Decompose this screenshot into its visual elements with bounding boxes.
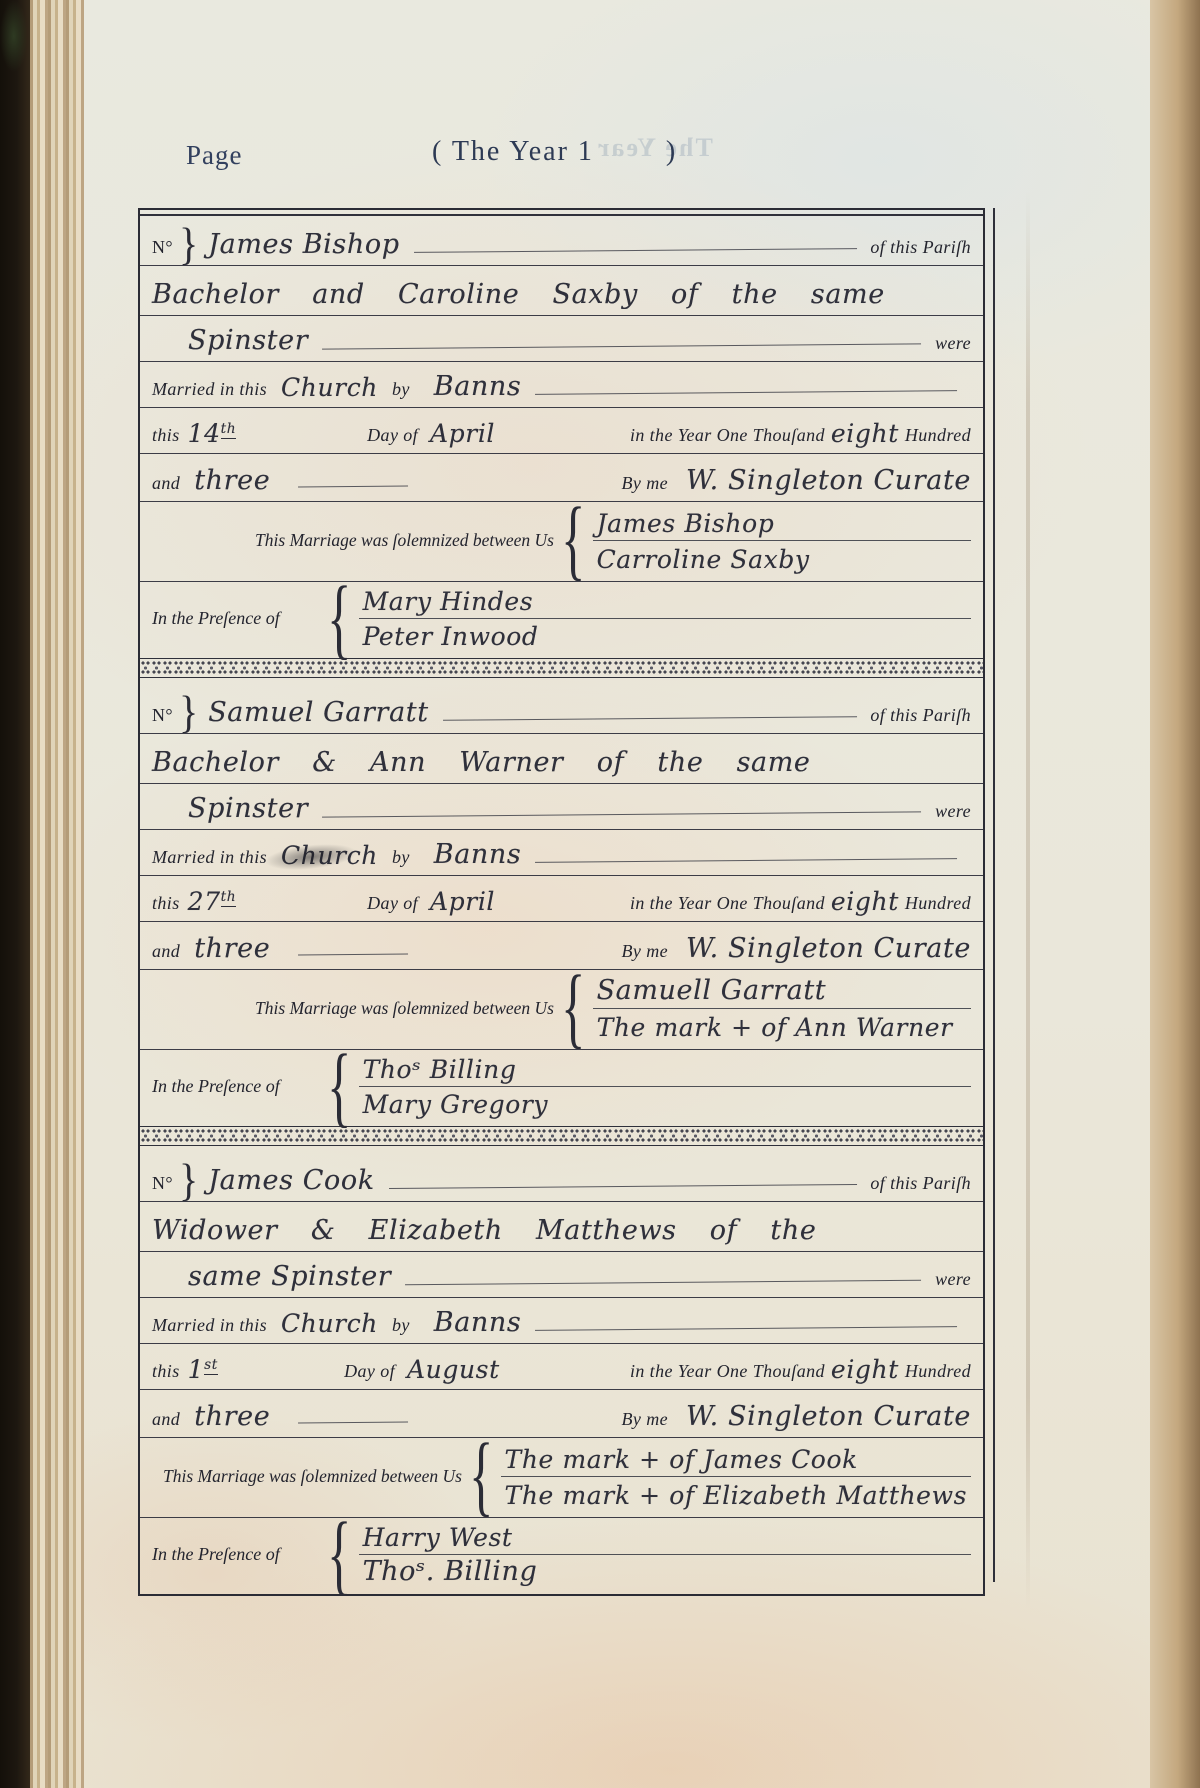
- this-label: this: [152, 425, 180, 446]
- witness-1-signature: Mary Hindes: [359, 584, 971, 619]
- entry3-row-solemnized: This Marriage was ſolemnized between Us …: [140, 1438, 983, 1518]
- church-word: Church: [281, 1309, 378, 1338]
- entry3-row-bride: Widower & Elizabeth Matthews of the: [140, 1202, 983, 1252]
- ink-flourish: [322, 803, 921, 817]
- entry1-row-bride: Bachelor and Caroline Saxby of the same: [140, 266, 983, 316]
- bride-signature: Carroline Saxby: [593, 541, 971, 577]
- day-of-label: Day of: [367, 893, 418, 914]
- witness-1-signature: Thoˢ Billing: [359, 1052, 971, 1087]
- ornamental-divider: [140, 1126, 983, 1146]
- of-this-parish-label: of this Pariſh: [870, 1173, 971, 1194]
- ink-flourish: [322, 335, 921, 349]
- corner-shadow: [1010, 1528, 1200, 1788]
- condition-and-bride: Widower & Elizabeth Matthews of the: [152, 1215, 816, 1246]
- presence-label: In the Preſence of: [152, 608, 320, 629]
- ink-flourish: [298, 1414, 408, 1424]
- groom-signature: Samuell Garratt: [593, 972, 971, 1009]
- entry1-row-date: this 14th Day of April in the Year One T…: [140, 408, 983, 454]
- were-label: were: [935, 801, 971, 822]
- witness-2-signature: Mary Gregory: [359, 1087, 971, 1121]
- ink-flourish: [535, 1318, 957, 1331]
- married-in-this-label: Married in this: [152, 379, 267, 400]
- signature-column: James Bishop Carroline Saxby: [593, 504, 971, 576]
- presence-label: In the Preſence of: [152, 1544, 320, 1565]
- ink-flourish: [298, 478, 408, 488]
- marriage-register-table: N° } James Bishop of this Pariſh Bachelo…: [138, 208, 985, 1596]
- marriage-entry-2: N° } Samuel Garratt of this Pariſh Bache…: [140, 678, 983, 1126]
- month-name: April: [430, 419, 495, 448]
- entry1-row-solemnized: This Marriage was ſolemnized between Us …: [140, 502, 983, 582]
- bride-signature: The mark + of Elizabeth Matthews: [501, 1477, 971, 1513]
- entry3-row-date: this 1st Day of August in the Year One T…: [140, 1344, 983, 1390]
- married-in-this-label: Married in this: [152, 847, 267, 868]
- entry2-row-solemnized: This Marriage was ſolemnized between Us …: [140, 970, 983, 1050]
- year-tens-word: eight: [831, 887, 899, 916]
- entry3-row-year-officiant: and three By me W. Singleton Curate: [140, 1390, 983, 1438]
- and-label: and: [152, 473, 180, 494]
- marriage-entry-1: N° } James Bishop of this Pariſh Bachelo…: [140, 210, 983, 658]
- groom-name: Samuel Garratt: [208, 697, 428, 728]
- hundred-label: Hundred: [905, 425, 971, 446]
- day-number: 14th: [188, 419, 237, 448]
- condition-and-bride: Bachelor and Caroline Saxby of the same: [152, 279, 885, 310]
- page-right-edge: [1150, 0, 1200, 1788]
- entry2-row-witnesses: In the Preſence of { Thoˢ Billing Mary G…: [140, 1050, 983, 1126]
- signature-column: The mark + of James Cook The mark + of E…: [501, 1440, 971, 1512]
- large-brace-icon: {: [327, 1519, 351, 1591]
- were-label: were: [935, 1269, 971, 1290]
- ink-flourish: [535, 382, 957, 395]
- officiant-signature: W. Singleton Curate: [686, 465, 971, 496]
- by-label: by: [392, 379, 410, 400]
- large-brace-icon: {: [327, 583, 351, 655]
- presence-label: In the Preſence of: [152, 1076, 320, 1097]
- by-label: by: [392, 1315, 410, 1336]
- by-me-label: By me: [622, 1409, 668, 1430]
- day-suffix: th: [221, 889, 237, 907]
- ink-flourish: [298, 946, 408, 956]
- banns-word: Banns: [434, 371, 522, 402]
- table-outer-right-rule: [993, 208, 995, 1582]
- witness-column: Mary Hindes Peter Inwood: [359, 584, 971, 653]
- bride-condition: Spinster: [188, 793, 308, 824]
- number-label: N°: [152, 705, 173, 726]
- ink-flourish: [414, 240, 857, 253]
- entry2-row-number-groom: N° } Samuel Garratt of this Pariſh: [140, 678, 983, 734]
- entry2-row-bride: Bachelor & Ann Warner of the same: [140, 734, 983, 784]
- day-suffix: st: [204, 1357, 218, 1375]
- month-name: August: [407, 1355, 500, 1384]
- entry2-row-date: this 27th Day of April in the Year One T…: [140, 876, 983, 922]
- entry3-row-witnesses: In the Preſence of { Harry West Thoˢ. Bi…: [140, 1518, 983, 1594]
- church-word: Church: [281, 373, 378, 402]
- hundred-label: Hundred: [905, 893, 971, 914]
- ink-flourish: [389, 1176, 857, 1189]
- bride-condition: same Spinster: [188, 1261, 391, 1292]
- large-brace-icon: {: [561, 504, 585, 576]
- large-brace-icon: {: [327, 1051, 351, 1123]
- entry1-row-witnesses: In the Preſence of { Mary Hindes Peter I…: [140, 582, 983, 658]
- witness-2-signature: Peter Inwood: [359, 619, 971, 653]
- year-heading-close: ): [666, 136, 677, 168]
- year-units-word: three: [194, 465, 270, 496]
- officiant-signature: W. Singleton Curate: [686, 933, 971, 964]
- small-brace-icon: }: [179, 226, 198, 263]
- entry2-row-spinster: Spinster were: [140, 784, 983, 830]
- officiant-signature: W. Singleton Curate: [686, 1401, 971, 1432]
- marriage-entry-3: N° } James Cook of this Pariſh Widower &…: [140, 1146, 983, 1594]
- groom-name: James Bishop: [208, 229, 399, 260]
- signature-column: Samuell Garratt The mark + of Ann Warner: [593, 972, 971, 1044]
- were-label: were: [935, 333, 971, 354]
- witness-2-signature: Thoˢ. Billing: [359, 1555, 971, 1589]
- groom-name: James Cook: [208, 1165, 374, 1196]
- church-word-smudged: Church: [281, 841, 378, 870]
- entry3-row-married: Married in this Church by Banns: [140, 1298, 983, 1344]
- day-of-label: Day of: [344, 1361, 395, 1382]
- day-suffix: th: [221, 421, 237, 439]
- of-this-parish-label: of this Pariſh: [870, 705, 971, 726]
- number-label: N°: [152, 237, 173, 258]
- page-label: Page: [186, 140, 242, 171]
- small-brace-icon: }: [179, 1162, 198, 1199]
- solemnized-label: This Marriage was ſolemnized between Us: [152, 1466, 462, 1487]
- entry3-row-spinster: same Spinster were: [140, 1252, 983, 1298]
- year-heading-open: ( The Year 1: [432, 136, 594, 167]
- banns-word: Banns: [434, 1307, 522, 1338]
- ink-flourish: [535, 850, 957, 863]
- bride-signature: The mark + of Ann Warner: [593, 1009, 971, 1045]
- stacked-page-edges: [30, 0, 84, 1788]
- in-the-year-label: in the Year One Thouſand: [630, 893, 825, 914]
- page-fold-crease: [1026, 190, 1030, 1610]
- ink-flourish: [443, 708, 857, 721]
- banns-word: Banns: [434, 839, 522, 870]
- entry3-row-number-groom: N° } James Cook of this Pariſh: [140, 1146, 983, 1202]
- day-number: 27th: [188, 887, 237, 916]
- of-this-parish-label: of this Pariſh: [870, 237, 971, 258]
- day-number: 1st: [188, 1355, 218, 1384]
- in-the-year-label: in the Year One Thouſand: [630, 425, 825, 446]
- in-the-year-label: in the Year One Thouſand: [630, 1361, 825, 1382]
- year-heading: ( The Year 1): [432, 136, 677, 168]
- by-label: by: [392, 847, 410, 868]
- solemnized-label: This Marriage was ſolemnized between Us: [152, 998, 554, 1019]
- book-binding: [0, 0, 30, 1788]
- entry2-row-married: Married in this Church by Banns: [140, 830, 983, 876]
- month-name: April: [430, 887, 495, 916]
- ink-flourish: [405, 1272, 921, 1286]
- entry1-row-married: Married in this Church by Banns: [140, 362, 983, 408]
- ornamental-divider: [140, 658, 983, 678]
- small-brace-icon: }: [179, 694, 198, 731]
- hundred-label: Hundred: [905, 1361, 971, 1382]
- groom-signature: James Bishop: [593, 504, 971, 541]
- year-units-word: three: [194, 933, 270, 964]
- by-me-label: By me: [622, 473, 668, 494]
- solemnized-label: This Marriage was ſolemnized between Us: [152, 530, 554, 551]
- large-brace-icon: {: [469, 1440, 493, 1512]
- witness-1-signature: Harry West: [359, 1520, 971, 1555]
- year-units-word: three: [194, 1401, 270, 1432]
- year-tens-word: eight: [831, 419, 899, 448]
- and-label: and: [152, 1409, 180, 1430]
- bride-condition: Spinster: [188, 325, 308, 356]
- entry1-row-spinster: Spinster were: [140, 316, 983, 362]
- married-in-this-label: Married in this: [152, 1315, 267, 1336]
- witness-column: Thoˢ Billing Mary Gregory: [359, 1052, 971, 1121]
- witness-column: Harry West Thoˢ. Billing: [359, 1520, 971, 1589]
- entry1-row-number-groom: N° } James Bishop of this Pariſh: [140, 210, 983, 266]
- this-label: this: [152, 893, 180, 914]
- condition-and-bride: Bachelor & Ann Warner of the same: [152, 747, 811, 778]
- number-label: N°: [152, 1173, 173, 1194]
- year-tens-word: eight: [831, 1355, 899, 1384]
- this-label: this: [152, 1361, 180, 1382]
- day-of-label: Day of: [367, 425, 418, 446]
- groom-signature: The mark + of James Cook: [501, 1440, 971, 1477]
- by-me-label: By me: [622, 941, 668, 962]
- and-label: and: [152, 941, 180, 962]
- large-brace-icon: {: [561, 972, 585, 1044]
